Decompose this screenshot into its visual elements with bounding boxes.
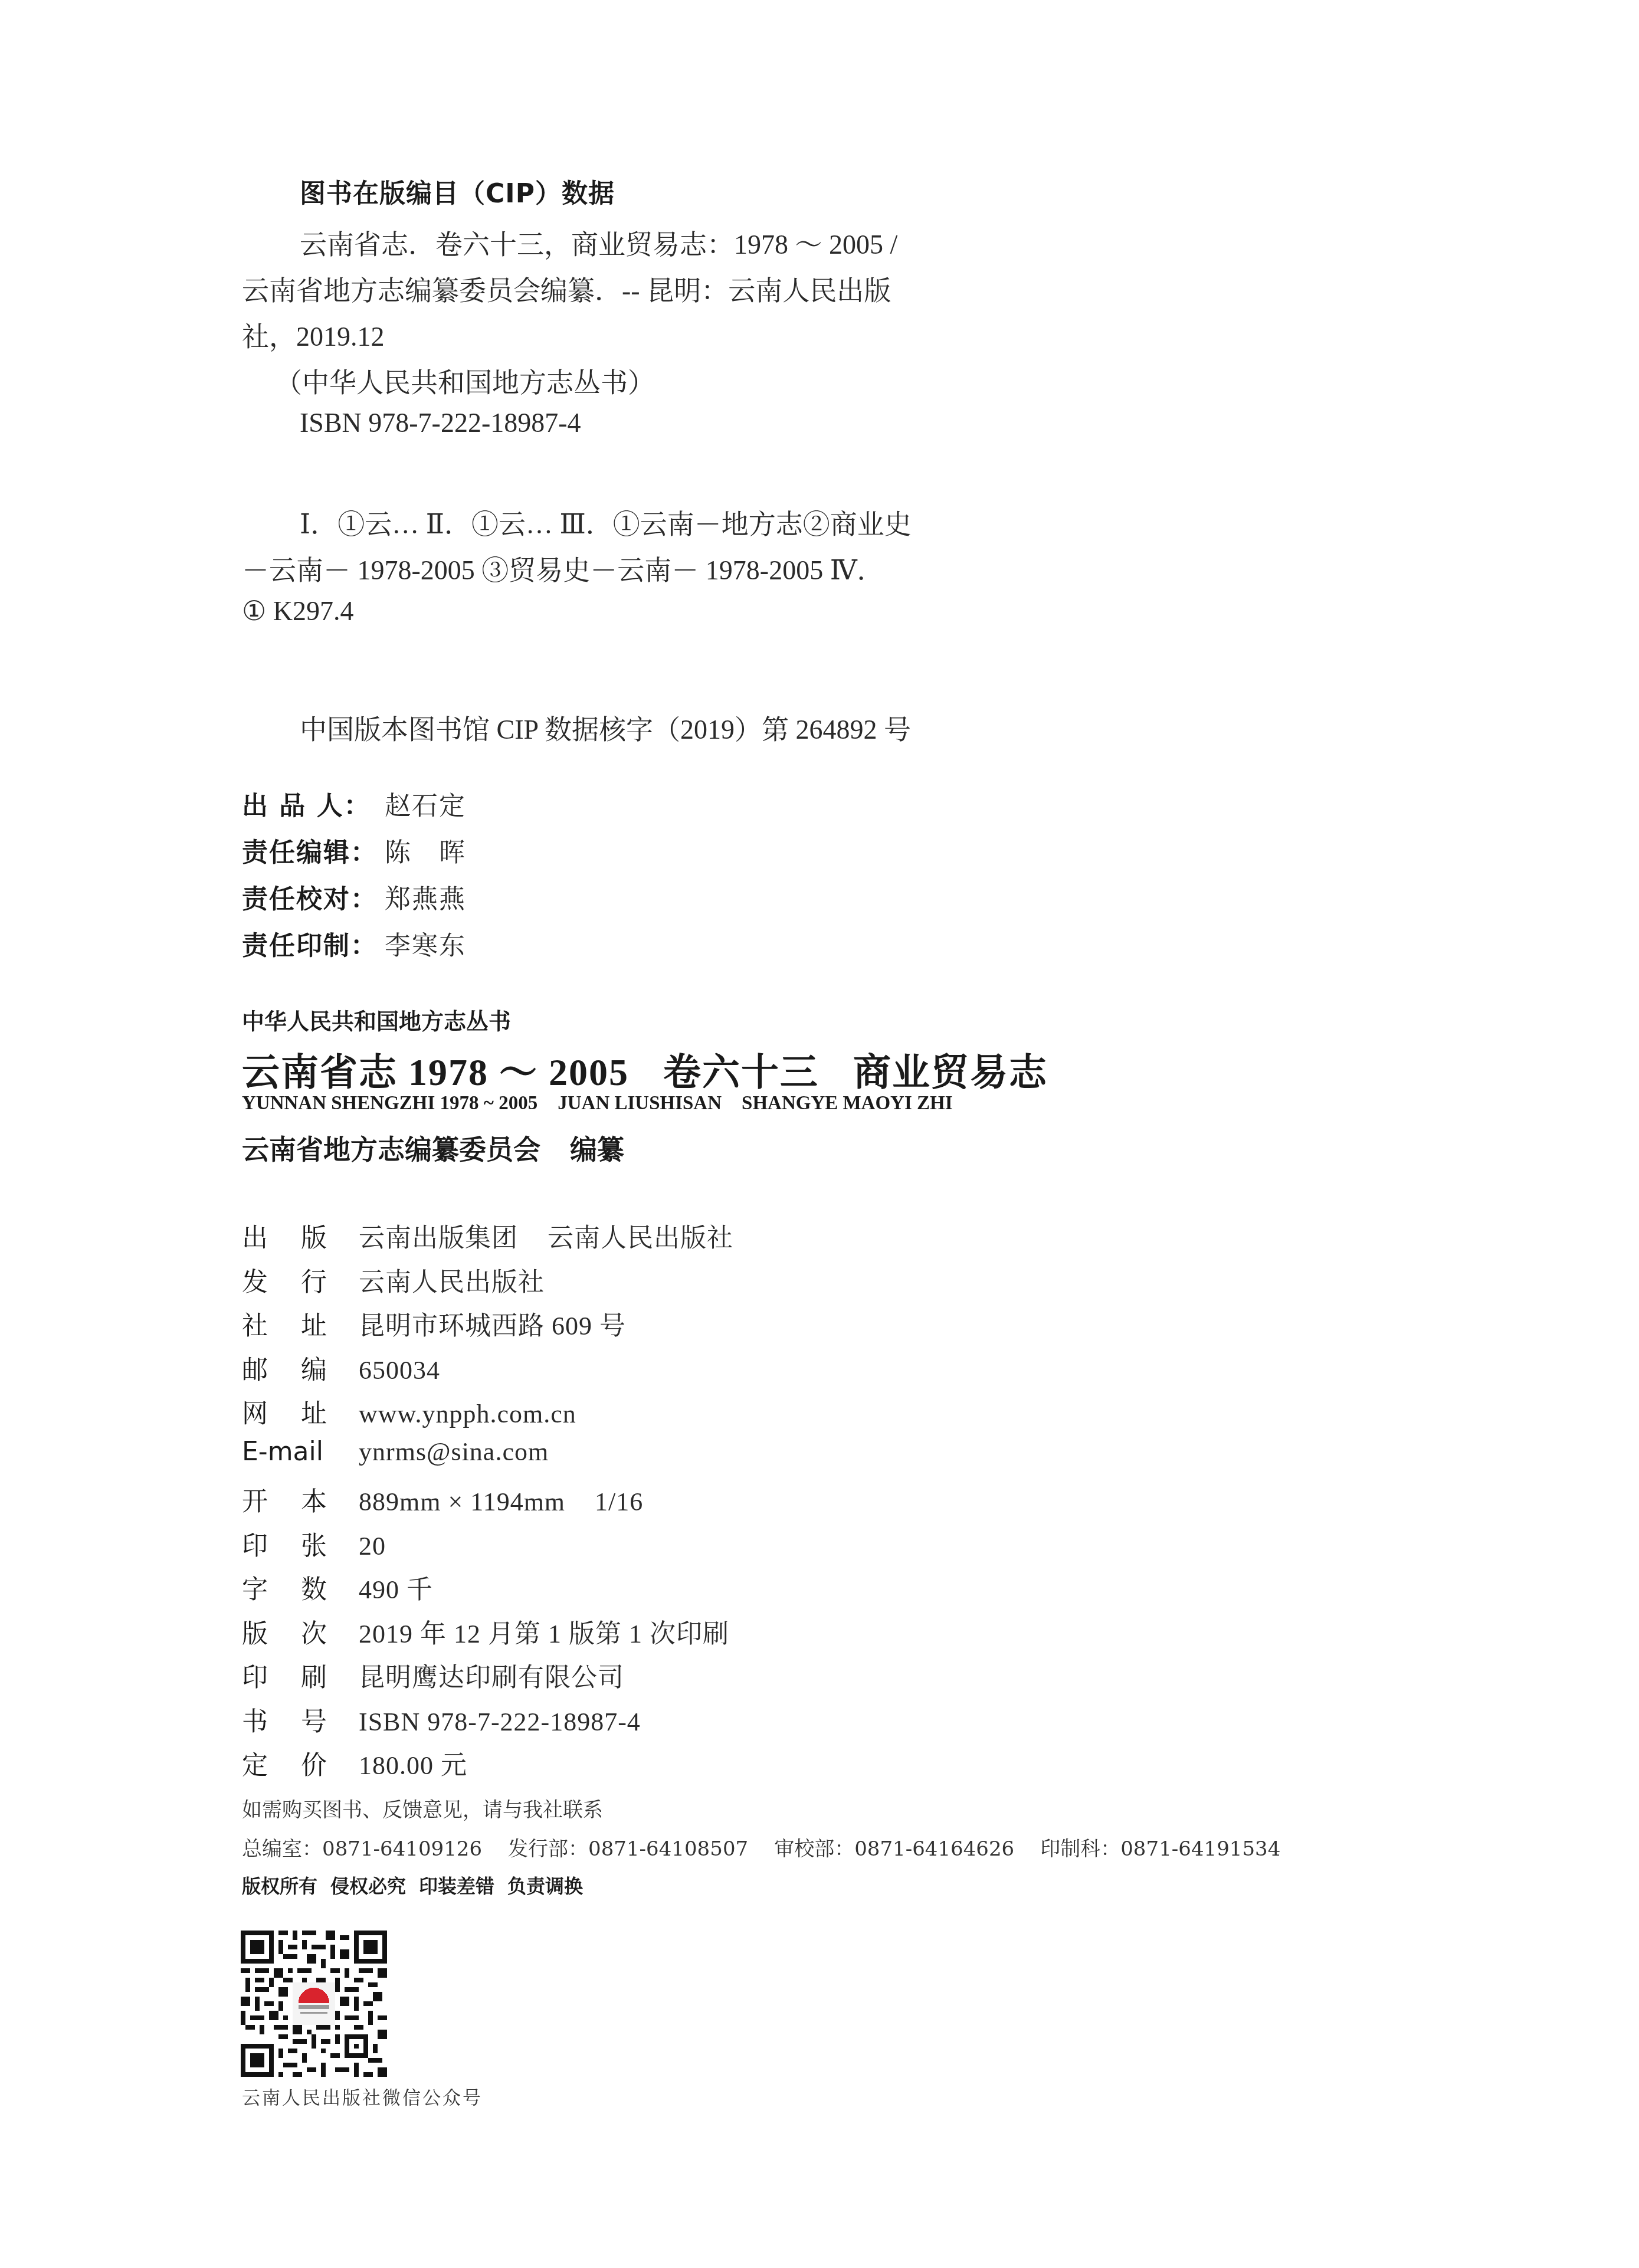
credit-label: 责任编辑： [242, 831, 385, 869]
colophon-row-address: 社址 昆明市环城西路 609 号 [242, 1305, 626, 1342]
colophon-key: 行 [301, 1261, 359, 1299]
colophon-key: E-mail [242, 1437, 359, 1467]
credit-proofreader: 责任校对： 郑燕燕 [242, 878, 466, 916]
credit-value: 陈 晖 [385, 831, 466, 869]
series-name: 中华人民共和国地方志丛书 [242, 1003, 511, 1035]
colophon-value: 云南人民出版社 [359, 1261, 545, 1299]
book-title-en-part: JUAN LIUSHISAN [558, 1093, 722, 1114]
credit-producer: 出 品 人： 赵石定 [242, 785, 466, 822]
qr-caption: 云南人民出版社微信公众号 [242, 2083, 483, 2109]
colophon-key: 出 [242, 1217, 301, 1254]
colophon-key: 字 [242, 1568, 301, 1606]
classification-line-2: －云南－ 1978-2005 ③贸易史－云南－ 1978-2005 Ⅳ． [242, 549, 884, 588]
colophon-row-postcode: 邮编 650034 [242, 1349, 440, 1387]
colophon-value: 昆明市环城西路 609 号 [359, 1305, 626, 1342]
colophon-key: 书 [242, 1700, 301, 1738]
colophon-row-edition: 版次 2019 年 12 月第 1 版第 1 次印刷 [242, 1612, 729, 1650]
colophon-row-word-count: 字数 490 千 [242, 1568, 433, 1606]
cip-line-isbn: ISBN 978-7-222-18987-4 [300, 407, 581, 438]
rights-notice: 版权所有侵权必究印装差错负责调换 [242, 1872, 596, 1899]
colophon-value: ISBN 978-7-222-18987-4 [359, 1707, 641, 1737]
compiler-line: 云南省地方志编纂委员会编纂 [242, 1128, 654, 1167]
colophon-value-part: 1/16 [595, 1487, 643, 1516]
colophon-row-sheets: 印张 20 [242, 1525, 386, 1562]
contact-phones: 总编室：0871-64109126发行部：0871-64108507审校部：08… [242, 1833, 1306, 1861]
colophon-value: 490 千 [359, 1568, 433, 1606]
colophon-key: 社 [242, 1305, 301, 1342]
colophon-row-isbn: 书号 ISBN 978-7-222-18987-4 [242, 1700, 641, 1738]
colophon-key: 定 [242, 1744, 301, 1782]
colophon-key: 号 [301, 1700, 359, 1738]
phone-editorial: 总编室：0871-64109126 [242, 1837, 482, 1861]
colophon-key: 印 [242, 1525, 301, 1562]
credit-label: 责任印制： [242, 925, 385, 962]
book-title-en-part: YUNNAN SHENGZHI 1978 ~ 2005 [242, 1093, 537, 1114]
colophon-key: 邮 [242, 1349, 301, 1387]
colophon-value: 889mm × 1194mm1/16 [359, 1487, 643, 1517]
classification-line-1: Ⅰ．①云… Ⅱ．①云… Ⅲ．①云南－地方志②商业史 [300, 503, 912, 542]
colophon-key: 张 [301, 1525, 359, 1562]
colophon-value: 昆明鹰达印刷有限公司 [359, 1656, 624, 1694]
colophon-key: 编 [301, 1349, 359, 1387]
cip-heading: 图书在版编目（CIP）数据 [300, 172, 615, 210]
rights-text: 侵权必究 [330, 1875, 406, 1897]
credit-printing-supervisor: 责任印制： 李寒东 [242, 925, 466, 962]
website-link[interactable]: www.ynpph.com.cn [359, 1399, 576, 1429]
colophon-row-publisher: 出版 云南出版集团云南人民出版社 [242, 1217, 733, 1254]
phone-review: 审校部：0871-64164626 [774, 1837, 1014, 1861]
colophon-row-price: 定价 180.00 元 [242, 1744, 467, 1782]
email-link[interactable]: ynrms@sina.com [359, 1437, 549, 1467]
colophon-key: 址 [301, 1305, 359, 1342]
book-title-part: 云南省志 1978 ～ 2005 [242, 1051, 629, 1093]
credit-label: 出 品 人： [242, 785, 385, 822]
colophon-key: 本 [301, 1480, 359, 1518]
colophon-row-format: 开本 889mm × 1194mm1/16 [242, 1480, 643, 1518]
colophon-key: 发 [242, 1261, 301, 1299]
colophon-key: 网 [242, 1392, 301, 1430]
colophon-key: 数 [301, 1568, 359, 1606]
credit-editor: 责任编辑： 陈 晖 [242, 831, 466, 869]
colophon-key: 次 [301, 1612, 359, 1650]
phone-printing: 印制科：0871-64191534 [1040, 1837, 1280, 1861]
colophon-value: 2019 年 12 月第 1 版第 1 次印刷 [359, 1612, 729, 1650]
colophon-key: 址 [301, 1392, 359, 1430]
colophon-key: 印 [242, 1656, 301, 1694]
colophon-value-part: 云南出版集团 [359, 1224, 518, 1253]
cip-line-1: 云南省志．卷六十三，商业贸易志：1978 ～ 2005 / [300, 223, 897, 262]
colophon-value-part: 889mm × 1194mm [359, 1487, 565, 1516]
colophon-row-distributor: 发行 云南人民出版社 [242, 1261, 545, 1299]
colophon-row-printer: 印刷 昆明鹰达印刷有限公司 [242, 1656, 624, 1694]
cip-line-series: （中华人民共和国地方志丛书） [275, 361, 655, 400]
book-title-en-part: SHANGYE MAOYI ZHI [742, 1093, 953, 1114]
rights-text: 印装差错 [419, 1875, 494, 1897]
colophon-value-part: 云南人民出版社 [548, 1224, 733, 1253]
cip-line-3: 社，2019.12 [242, 315, 385, 354]
colophon-value: 20 [359, 1531, 386, 1561]
book-title-part: 卷六十三 [663, 1051, 819, 1093]
colophon-key: 版 [301, 1217, 359, 1254]
colophon-key: 价 [301, 1744, 359, 1782]
cip-line-2: 云南省地方志编纂委员会编纂．-- 昆明：云南人民出版 [242, 269, 891, 308]
colophon-row-website: 网址 www.ynpph.com.cn [242, 1392, 576, 1430]
credit-label: 责任校对： [242, 878, 385, 916]
rights-text: 负责调换 [507, 1875, 583, 1897]
qr-code-icon [241, 1931, 387, 2077]
colophon-value: 180.00 元 [359, 1744, 467, 1782]
colophon-value: 650034 [359, 1355, 440, 1385]
credit-value: 郑燕燕 [385, 878, 466, 916]
classification-line-3: ① K297.4 [242, 595, 353, 627]
colophon-value: 云南出版集团云南人民出版社 [359, 1217, 733, 1254]
compiler-name: 云南省地方志编纂委员会 [242, 1133, 540, 1165]
compiler-role: 编纂 [570, 1133, 624, 1165]
colophon-key: 刷 [301, 1656, 359, 1694]
book-title: 云南省志 1978 ～ 2005卷六十三商业贸易志 [242, 1042, 1082, 1096]
credit-value: 赵石定 [385, 785, 466, 822]
colophon-row-email: E-mail ynrms@sina.com [242, 1437, 549, 1467]
phone-distribution: 发行部：0871-64108507 [508, 1837, 748, 1861]
rights-text: 版权所有 [242, 1875, 317, 1897]
book-title-english: YUNNAN SHENGZHI 1978 ~ 2005JUAN LIUSHISA… [242, 1093, 973, 1115]
book-title-part: 商业贸易志 [853, 1051, 1048, 1093]
contact-intro: 如需购买图书、反馈意见，请与我社联系 [242, 1794, 603, 1823]
colophon-key: 开 [242, 1480, 301, 1518]
colophon-key: 版 [242, 1612, 301, 1650]
credit-value: 李寒东 [385, 925, 466, 962]
cip-approval-note: 中国版本图书馆 CIP 数据核字（2019）第 264892 号 [300, 708, 911, 747]
